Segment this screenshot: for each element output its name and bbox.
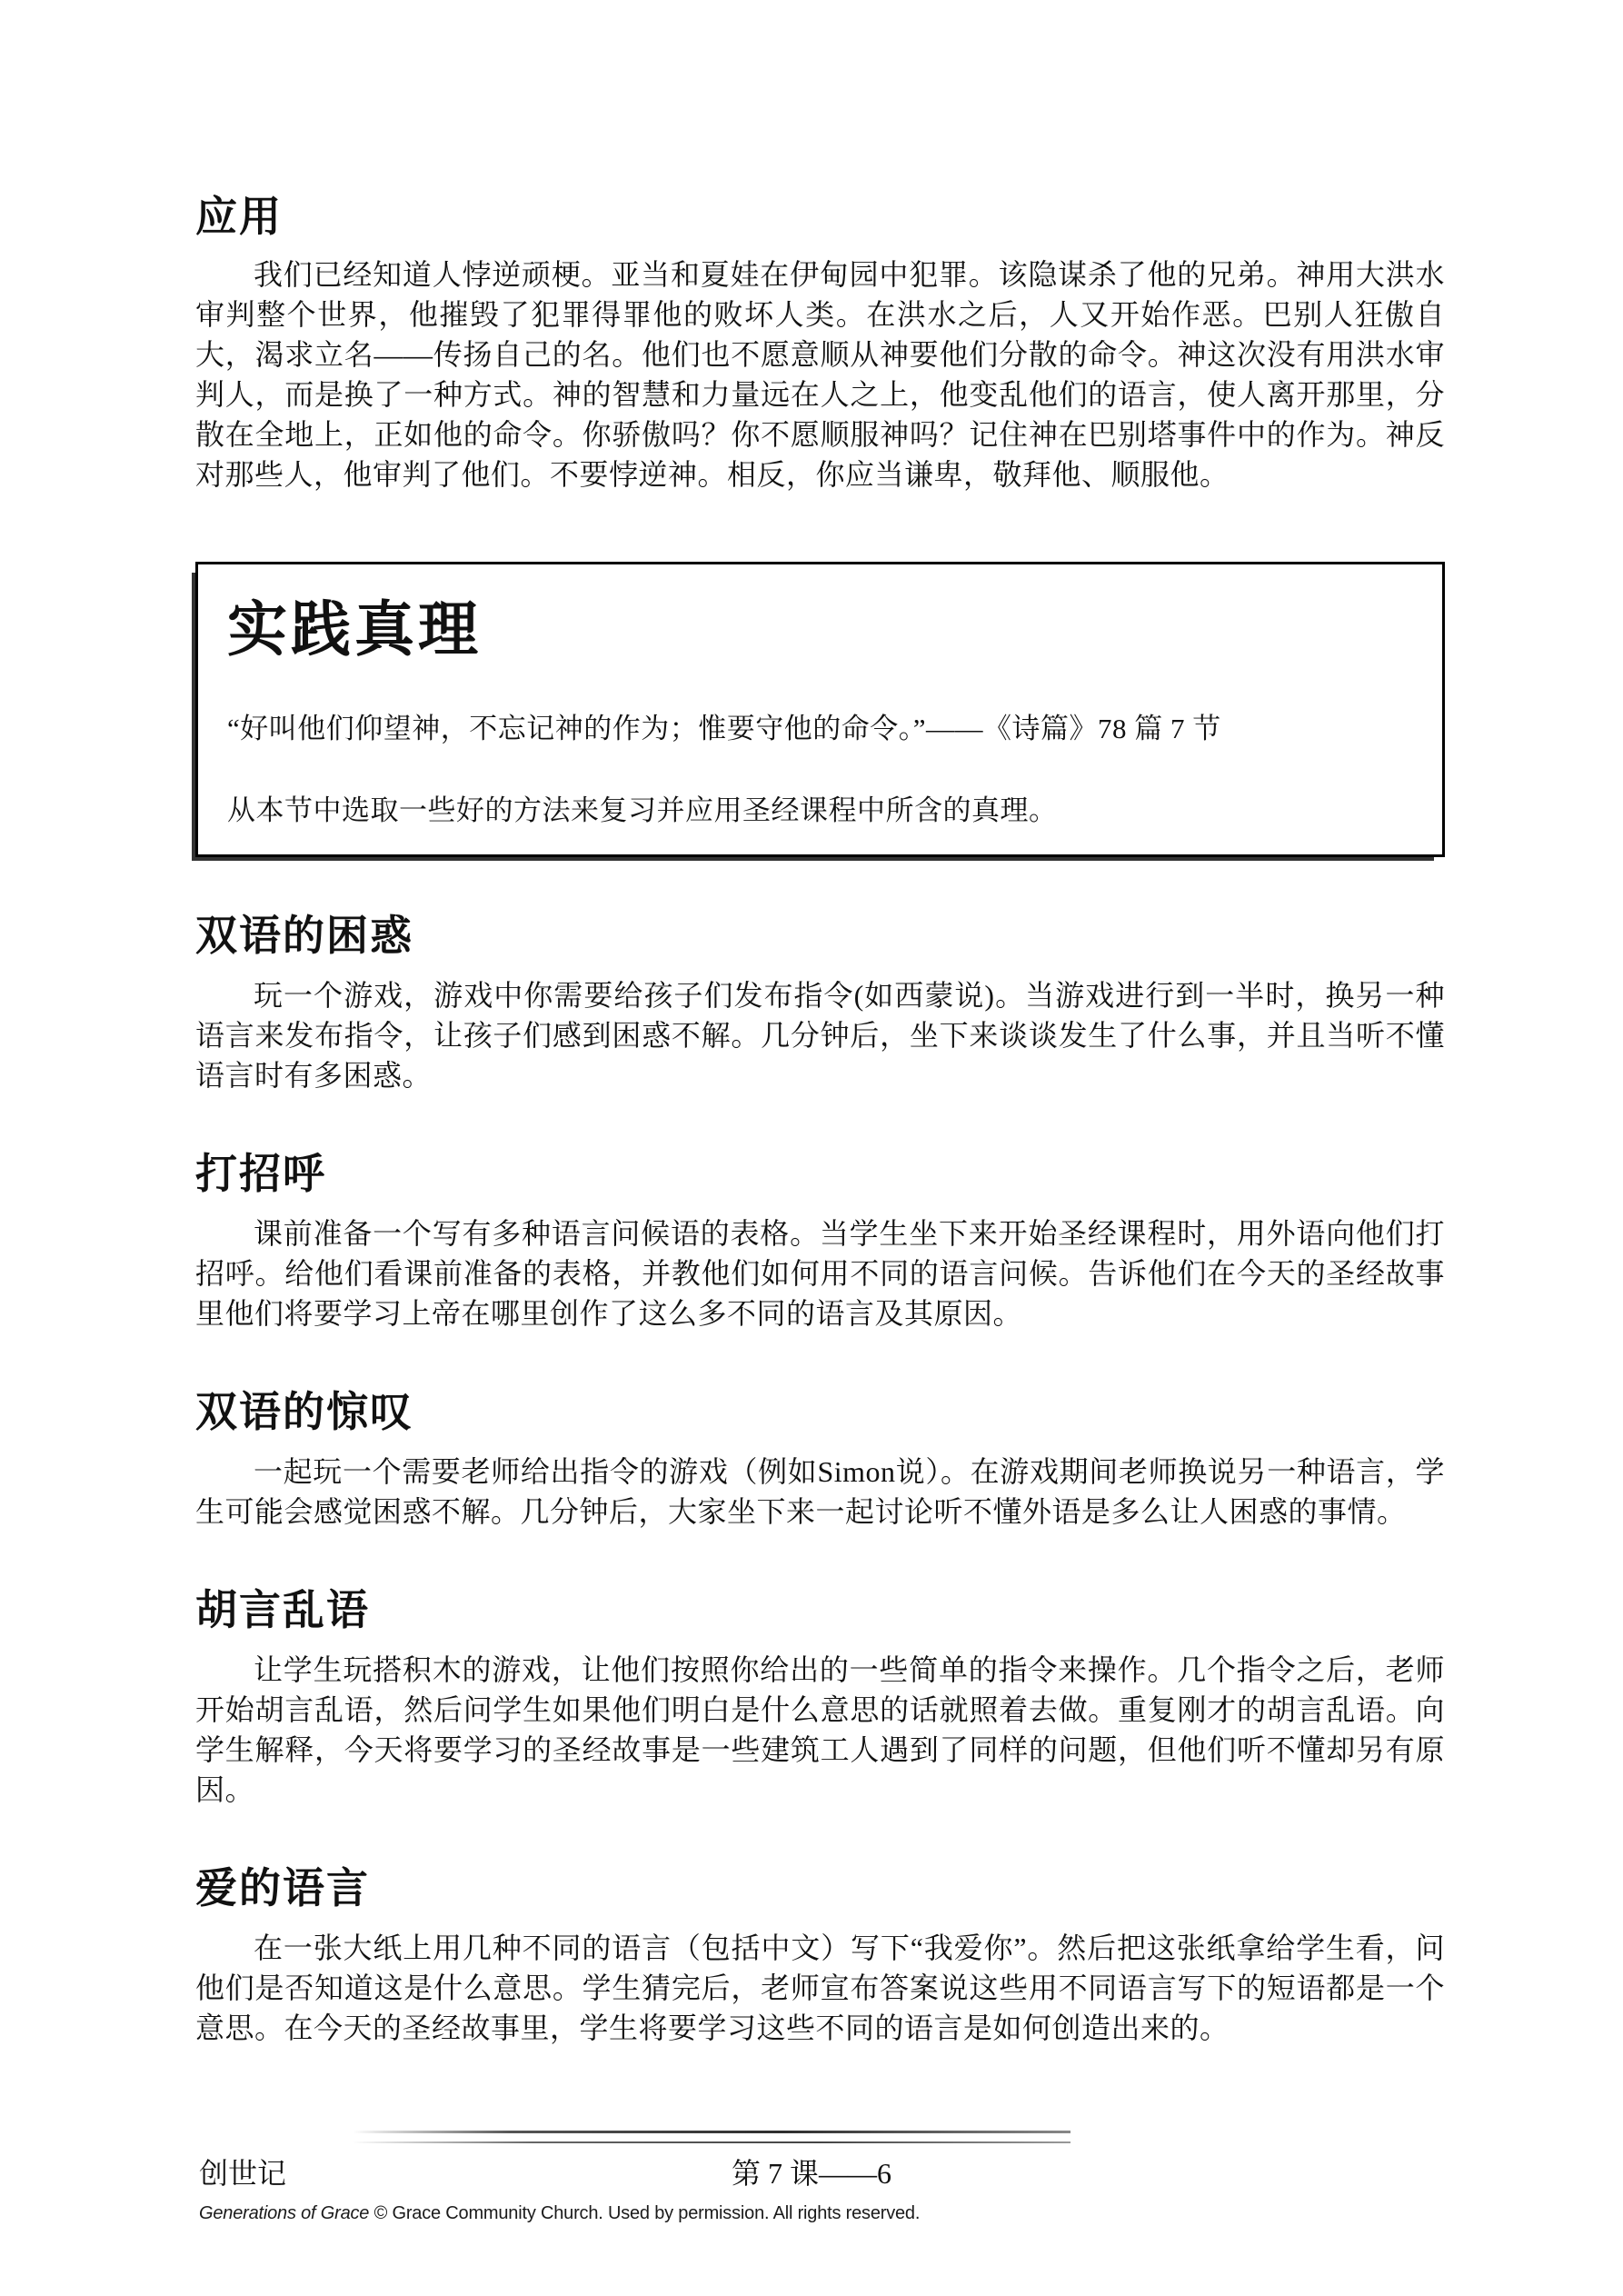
section-heading-application: 应用 xyxy=(195,184,1445,244)
footer-divider xyxy=(353,2131,1070,2143)
practice-truth-callout: 实践真理 “好叫他们仰望神，不忘记神的作为；惟要守他的命令。”——《诗篇》78 … xyxy=(195,562,1445,857)
activity-text: 让学生玩搭积木的游戏，让他们按照你给出的一些简单的指令来操作。几个指令之后，老师… xyxy=(195,1650,1445,1810)
footer-page-number: 第 7 课——6 xyxy=(0,2151,1623,2192)
activity-section: 打招呼 课前准备一个写有多种语言问候语的表格。当学生坐下来开始圣经课程时，用外语… xyxy=(195,1141,1445,1333)
activity-heading-language-of-love: 爱的语言 xyxy=(195,1855,1445,1915)
activity-text: 在一张大纸上用几种不同的语言（包括中文）写下“我爱你”。然后把这张纸拿给学生看，… xyxy=(195,1928,1445,2048)
activity-section: 双语的困惑 玩一个游戏，游戏中你需要给孩子们发布指令(如西蒙说)。当游戏进行到一… xyxy=(195,903,1445,1095)
activity-section: 爱的语言 在一张大纸上用几种不同的语言（包括中文）写下“我爱你”。然后把这张纸拿… xyxy=(195,1855,1445,2048)
document-page: 应用 我们已经知道人悖逆顽梗。亚当和夏娃在伊甸园中犯罪。该隐谋杀了他的兄弟。神用… xyxy=(0,0,1623,2296)
callout-title: 实践真理 xyxy=(227,581,1415,667)
activity-text: 课前准备一个写有多种语言问候语的表格。当学生坐下来开始圣经课程时，用外语向他们打… xyxy=(195,1213,1445,1333)
activity-heading-gibberish: 胡言乱语 xyxy=(195,1577,1445,1637)
footer-divider-thick-line xyxy=(353,2131,1070,2133)
activity-heading-bilingual-confusion: 双语的困惑 xyxy=(195,903,1445,963)
callout-note: 从本节中选取一些好的方法来复习并应用圣经课程中所含的真理。 xyxy=(227,793,1415,829)
activity-heading-bilingual-exclaim: 双语的惊叹 xyxy=(195,1379,1445,1439)
activity-text: 玩一个游戏，游戏中你需要给孩子们发布指令(如西蒙说)。当游戏进行到一半时，换另一… xyxy=(195,975,1445,1095)
activity-section: 双语的惊叹 一起玩一个需要老师给出指令的游戏（例如Simon说）。在游戏期间老师… xyxy=(195,1379,1445,1532)
activity-section: 胡言乱语 让学生玩搭积木的游戏，让他们按照你给出的一些简单的指令来操作。几个指令… xyxy=(195,1577,1445,1810)
application-paragraph: 我们已经知道人悖逆顽梗。亚当和夏娃在伊甸园中犯罪。该隐谋杀了他的兄弟。神用大洪水… xyxy=(195,255,1445,494)
activity-text: 一起玩一个需要老师给出指令的游戏（例如Simon说）。在游戏期间老师换说另一种语… xyxy=(195,1452,1445,1532)
activity-heading-greeting: 打招呼 xyxy=(195,1141,1445,1201)
footer-copyright-text: © Grace Community Church. Used by permis… xyxy=(369,2203,920,2223)
scripture-quote: “好叫他们仰望神，不忘记神的作为；惟要守他的命令。”——《诗篇》78 篇 7 节 xyxy=(227,711,1415,747)
footer-copyright: Generations of Grace © Grace Community C… xyxy=(199,2203,920,2224)
footer-divider-thin-line xyxy=(353,2141,1070,2143)
footer-copyright-series-title: Generations of Grace xyxy=(199,2203,369,2223)
